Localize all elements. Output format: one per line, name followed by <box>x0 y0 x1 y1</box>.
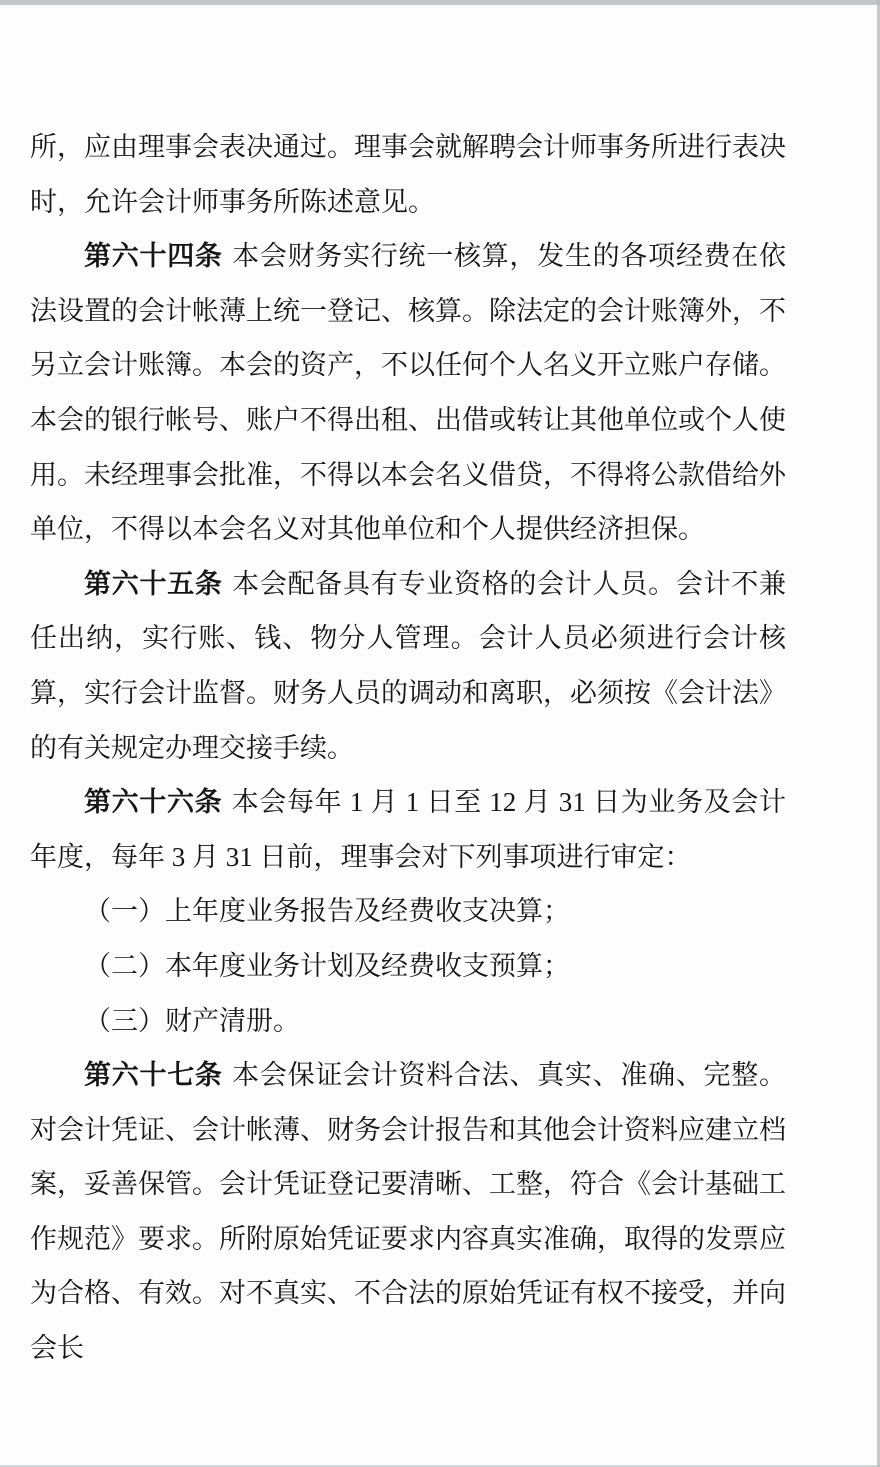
article-paragraph: 第六十六条本会每年 1 月 1 日至 12 月 31 日为业务及会计年度，每年 … <box>30 775 786 884</box>
article-paragraph: 第六十七条本会保证会计资料合法、真实、准确、完整。对会计凭证、会计帐薄、财务会计… <box>30 1048 786 1376</box>
article-number: 第六十六条 <box>84 787 222 817</box>
article-number: 第六十五条 <box>84 569 223 599</box>
list-item: （二）本年度业务计划及经费收支预算； <box>30 939 786 994</box>
paragraph: 所，应由理事会表决通过。理事会就解聘会计师事务所进行表决时，允许会计师事务所陈述… <box>30 120 786 229</box>
document-body: 所，应由理事会表决通过。理事会就解聘会计师事务所进行表决时，允许会计师事务所陈述… <box>30 120 786 1376</box>
article-paragraph: 第六十四条本会财务实行统一核算，发生的各项经费在依法设置的会计帐薄上统一登记、核… <box>30 229 786 557</box>
scan-edge-top <box>0 0 880 5</box>
list-item: （三）财产清册。 <box>30 994 786 1049</box>
scanned-page: 所，应由理事会表决通过。理事会就解聘会计师事务所进行表决时，允许会计师事务所陈述… <box>0 0 880 1467</box>
article-number: 第六十七条 <box>84 1060 223 1090</box>
list-item: （一）上年度业务报告及经费收支决算； <box>30 884 786 939</box>
article-number: 第六十四条 <box>84 241 223 271</box>
article-paragraph: 第六十五条本会配备具有专业资格的会计人员。会计不兼任出纳，实行账、钱、物分人管理… <box>30 557 786 775</box>
